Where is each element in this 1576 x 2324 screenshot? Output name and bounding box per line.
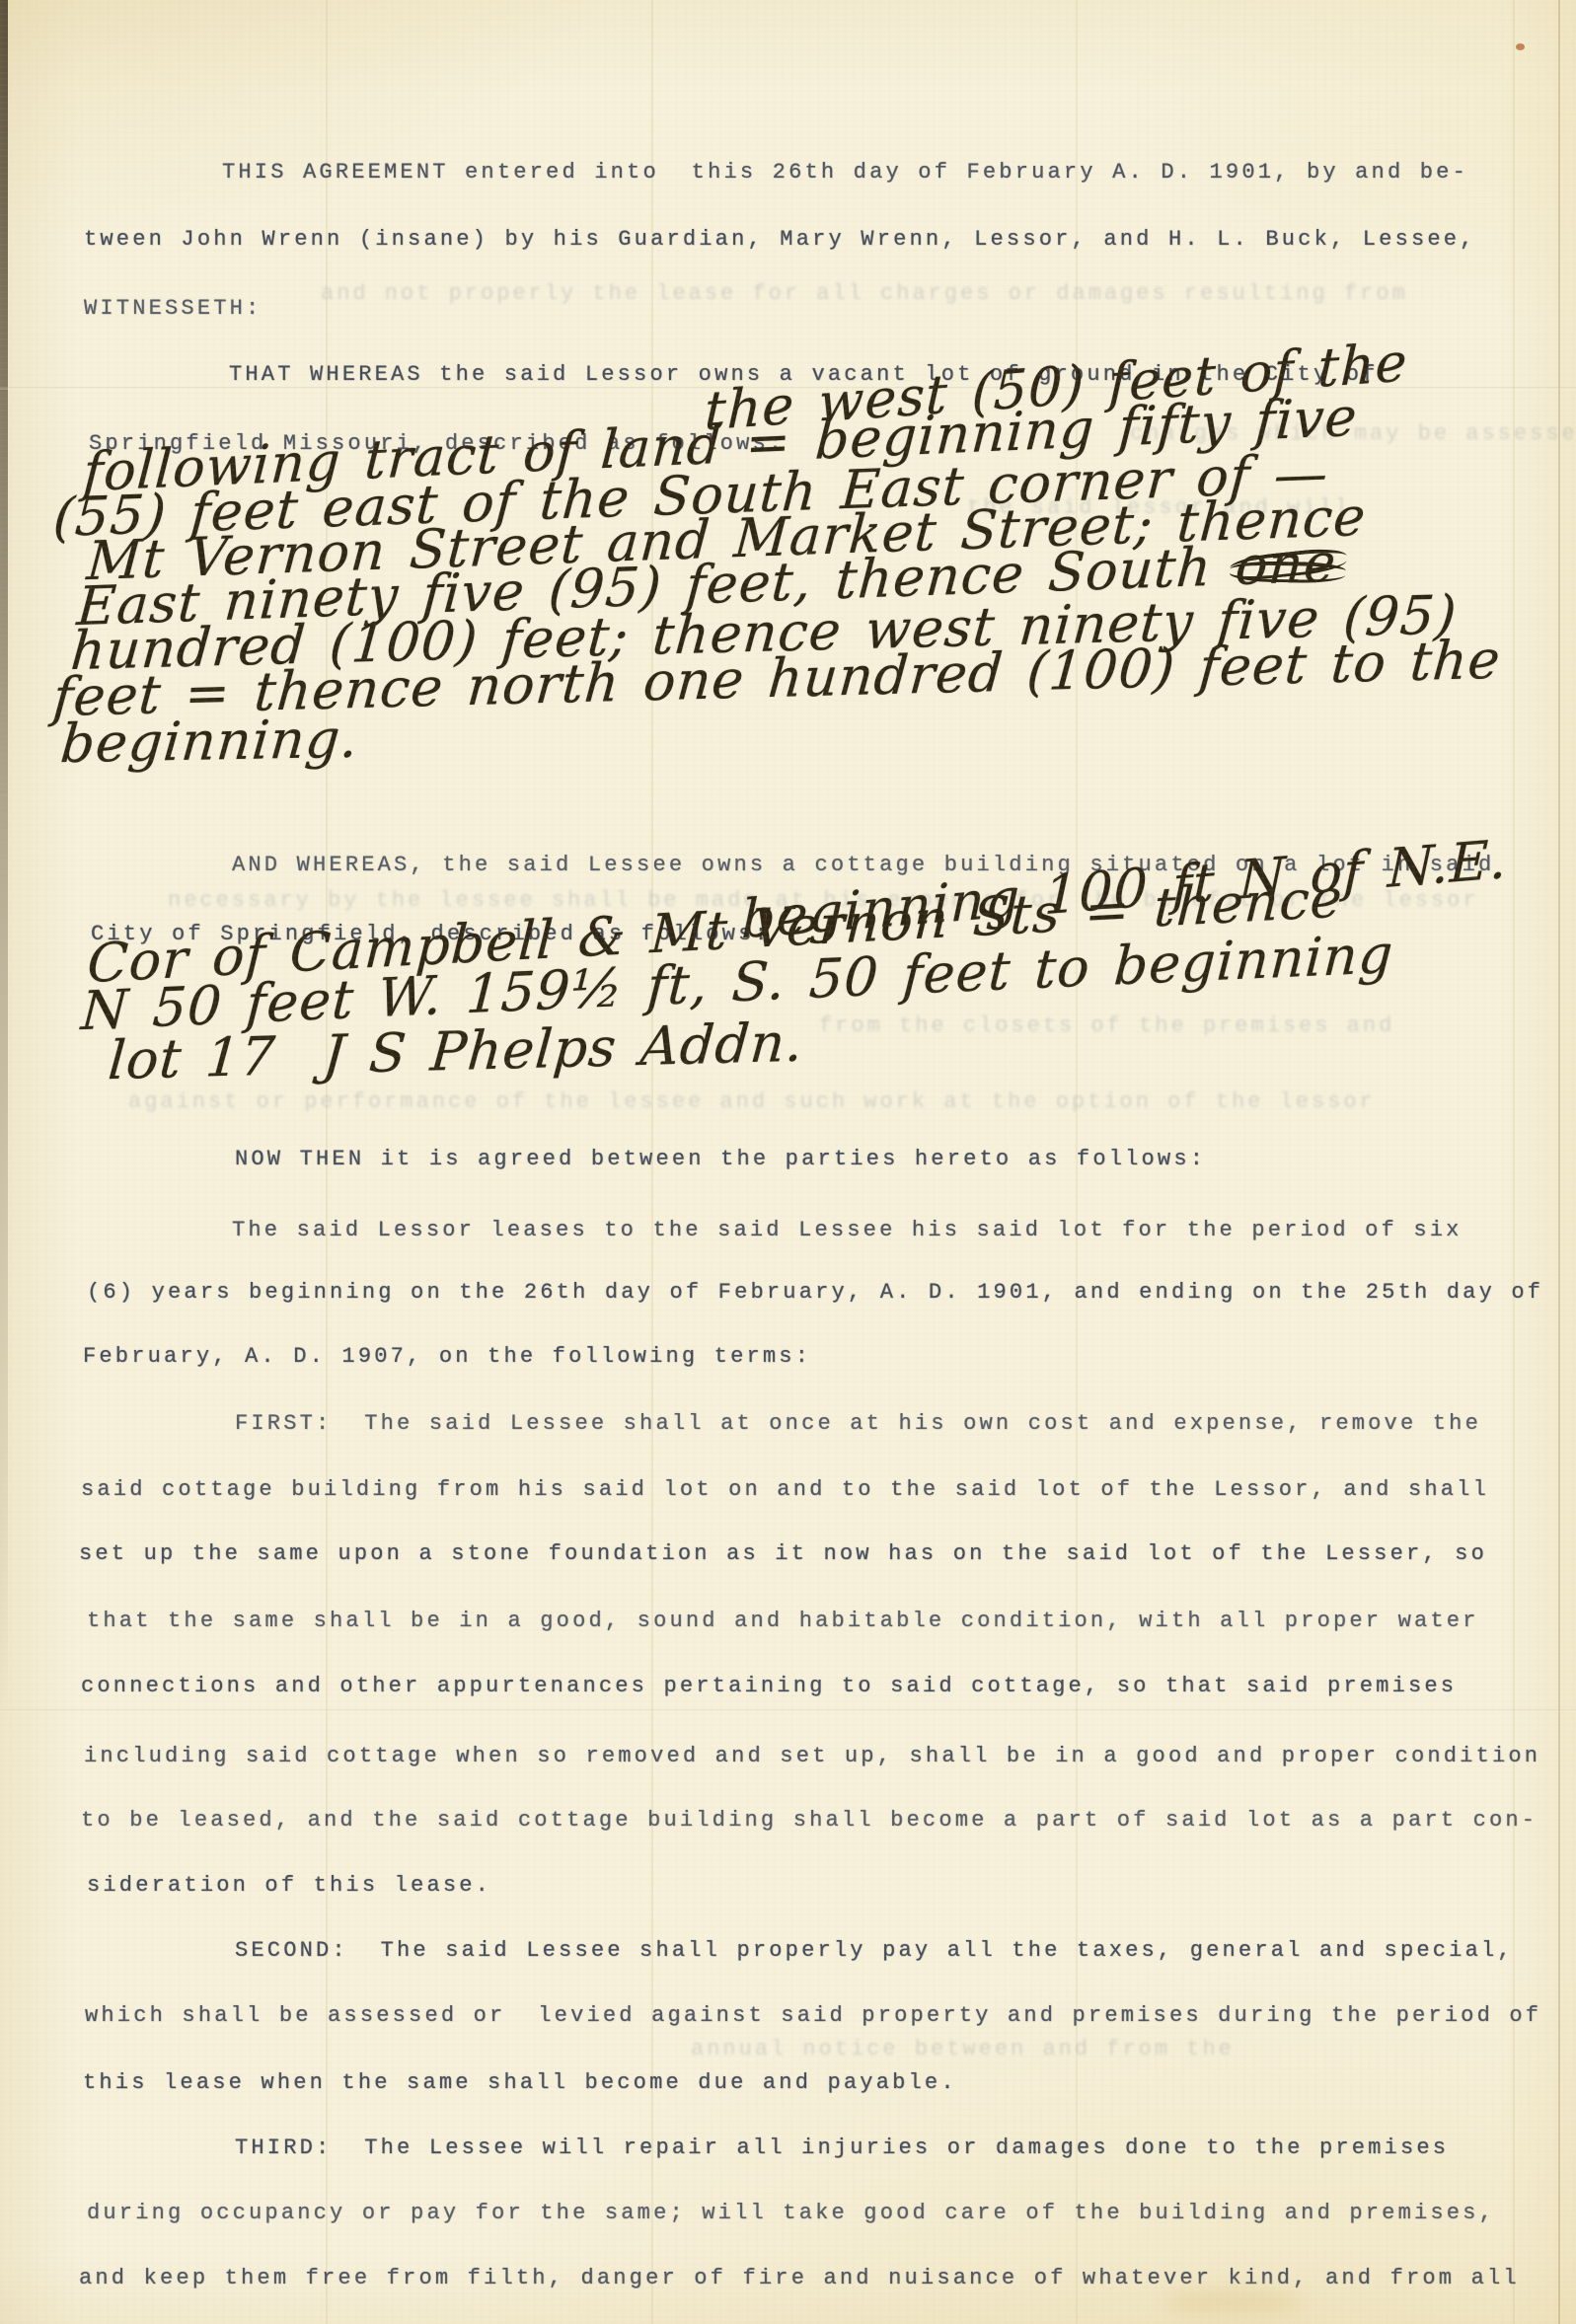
scanned-document-page: and not properly the lease for all charg… [0,0,1576,2324]
handwritten-line: beginning. [58,712,360,771]
handwriting-layer: the west (50) feet of thefollowing tract… [0,0,1576,2324]
handwritten-line: lot 17 J S Phelps Addn. [107,1016,806,1088]
scribbled-out-word: one [1234,536,1338,593]
rust-speck [1516,43,1525,50]
paper-stain [1164,2289,1303,2315]
